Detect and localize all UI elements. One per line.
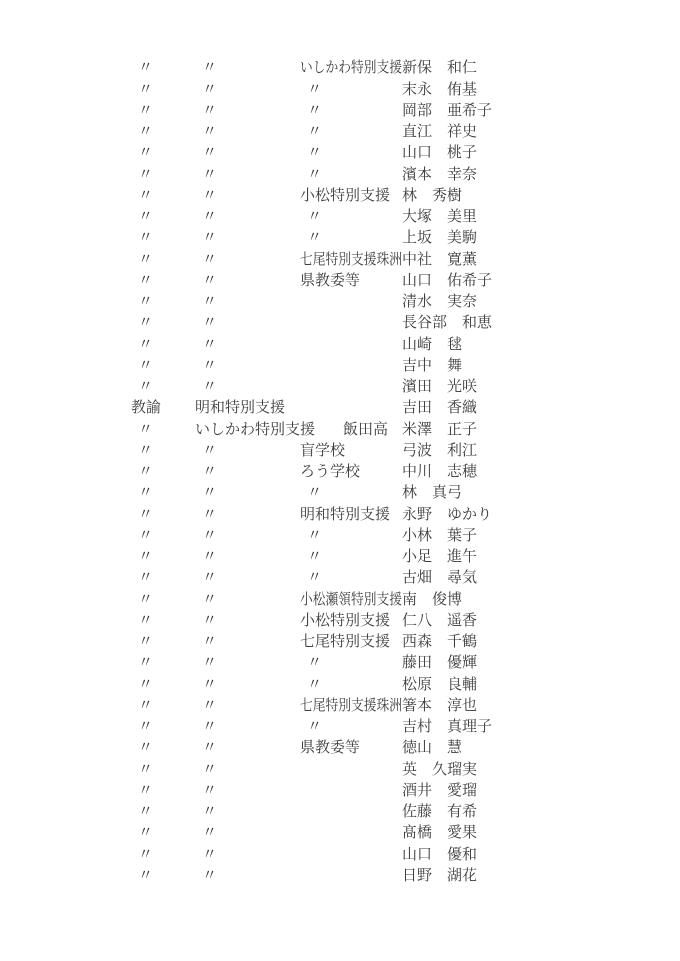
job-title-cell: 〃	[131, 461, 153, 482]
name-cell: 山崎 毬	[402, 334, 462, 355]
affiliation-cell: 〃	[195, 674, 217, 695]
affiliation-cell: 〃	[195, 121, 217, 142]
affiliation-cell: 〃	[195, 716, 217, 737]
job-title-cell: 〃	[131, 865, 153, 886]
name-cell: 松原 良輔	[402, 674, 477, 695]
table-row: 〃〃〃濱本 幸奈	[0, 164, 680, 186]
table-row: 〃〃〃末永 侑基	[0, 79, 680, 101]
school-cell: 七尾特別支援	[300, 631, 390, 652]
table-row: 〃〃いしかわ特別支援新保 和仁	[0, 57, 680, 79]
table-row: 〃〃県教委等山口 佑希子	[0, 270, 680, 292]
job-title-cell: 〃	[131, 57, 153, 78]
affiliation-cell: 〃	[195, 291, 217, 312]
table-row: 〃〃〃松原 良輔	[0, 674, 680, 696]
job-title-cell: 〃	[131, 206, 153, 227]
name-cell: 中社 寛薫	[402, 249, 477, 270]
school-cell: 〃	[300, 652, 322, 673]
name-cell: 新保 和仁	[402, 57, 477, 78]
school-cell: ろう学校	[300, 461, 360, 482]
table-row: 〃〃濱田 光咲	[0, 376, 680, 398]
school-cell: 飯田高	[343, 419, 388, 440]
table-row: 〃〃山崎 毬	[0, 334, 680, 356]
job-title-cell: 〃	[131, 440, 153, 461]
table-row: 〃〃〃直江 祥史	[0, 121, 680, 143]
job-title-cell: 〃	[131, 482, 153, 503]
name-cell: 永野 ゆかり	[402, 504, 492, 525]
name-cell: 上坂 美駒	[402, 227, 477, 248]
affiliation-cell: 〃	[195, 737, 217, 758]
affiliation-cell: 〃	[195, 759, 217, 780]
affiliation-cell: 〃	[195, 546, 217, 567]
name-cell: 大塚 美里	[402, 206, 477, 227]
school-cell: 七尾特別支援珠洲	[300, 695, 402, 716]
affiliation-cell: 〃	[195, 652, 217, 673]
table-row: 〃〃〃古畑 尋気	[0, 567, 680, 589]
name-cell: 直江 祥史	[402, 121, 477, 142]
table-row: 〃〃七尾特別支援珠洲中社 寛薫	[0, 249, 680, 271]
job-title-cell: 〃	[131, 504, 153, 525]
job-title-cell: 〃	[131, 249, 153, 270]
table-row: 〃〃日野 湖花	[0, 865, 680, 887]
job-title-cell: 〃	[131, 376, 153, 397]
job-title-cell: 〃	[131, 567, 153, 588]
affiliation-cell: 〃	[195, 589, 217, 610]
affiliation-cell: 〃	[195, 525, 217, 546]
job-title-cell: 〃	[131, 355, 153, 376]
table-row: 〃〃〃山口 桃子	[0, 142, 680, 164]
name-cell: 吉村 真理子	[402, 716, 492, 737]
table-row: 〃〃盲学校弓波 利江	[0, 440, 680, 462]
school-cell: 明和特別支援	[300, 504, 390, 525]
table-row: 〃〃佐藤 有希	[0, 801, 680, 823]
job-title-cell: 〃	[131, 610, 153, 631]
affiliation-cell: 〃	[195, 334, 217, 355]
table-row: 〃〃〃小足 進午	[0, 546, 680, 568]
name-cell: 弓波 利江	[402, 440, 477, 461]
table-row: 〃いしかわ特別支援飯田高米澤 正子	[0, 419, 680, 441]
school-cell: 〃	[300, 100, 322, 121]
school-cell: 〃	[300, 567, 322, 588]
name-cell: 南 俊博	[402, 589, 462, 610]
job-title-cell: 〃	[131, 652, 153, 673]
name-cell: 吉田 香織	[402, 397, 477, 418]
name-cell: 岡部 亜希子	[402, 100, 492, 121]
school-cell: 盲学校	[300, 440, 345, 461]
table-row: 〃〃吉中 舞	[0, 355, 680, 377]
table-row: 〃〃七尾特別支援珠洲箸本 淳也	[0, 695, 680, 717]
school-cell: 〃	[300, 525, 322, 546]
job-title-cell: 〃	[131, 589, 153, 610]
job-title-cell: 〃	[131, 185, 153, 206]
affiliation-cell: 〃	[195, 801, 217, 822]
table-row: 〃〃〃大塚 美里	[0, 206, 680, 228]
table-row: 〃〃県教委等徳山 慧	[0, 737, 680, 759]
name-cell: 中川 志穂	[402, 461, 477, 482]
school-cell: 県教委等	[300, 270, 360, 291]
name-cell: 仁八 遥香	[402, 610, 477, 631]
name-cell: 山口 桃子	[402, 142, 477, 163]
name-cell: 佐藤 有希	[402, 801, 477, 822]
affiliation-cell: いしかわ特別支援	[195, 419, 315, 440]
job-title-cell: 〃	[131, 79, 153, 100]
table-row: 〃〃髙橋 愛果	[0, 822, 680, 844]
affiliation-cell: 〃	[195, 312, 217, 333]
job-title-cell: 〃	[131, 759, 153, 780]
affiliation-cell: 〃	[195, 822, 217, 843]
job-title-cell: 〃	[131, 844, 153, 865]
name-cell: 長谷部 和恵	[402, 312, 492, 333]
affiliation-cell: 〃	[195, 270, 217, 291]
job-title-cell: 〃	[131, 312, 153, 333]
table-row: 〃〃酒井 愛瑠	[0, 780, 680, 802]
school-cell: 〃	[300, 142, 322, 163]
job-title-cell: 〃	[131, 674, 153, 695]
name-cell: 清水 実奈	[402, 291, 477, 312]
job-title-cell: 〃	[131, 546, 153, 567]
name-cell: 日野 湖花	[402, 865, 477, 886]
affiliation-cell: 〃	[195, 567, 217, 588]
table-row: 〃〃ろう学校中川 志穂	[0, 461, 680, 483]
job-title-cell: 〃	[131, 525, 153, 546]
job-title-cell: 〃	[131, 822, 153, 843]
school-cell: 〃	[300, 674, 322, 695]
name-cell: 林 真弓	[402, 482, 462, 503]
table-row: 〃〃〃上坂 美駒	[0, 227, 680, 249]
affiliation-cell: 〃	[195, 57, 217, 78]
school-cell: 〃	[300, 227, 322, 248]
job-title-cell: 〃	[131, 780, 153, 801]
school-cell: 県教委等	[300, 737, 360, 758]
name-cell: 英 久瑠実	[402, 759, 477, 780]
job-title-cell: 〃	[131, 737, 153, 758]
affiliation-cell: 〃	[195, 164, 217, 185]
name-cell: 米澤 正子	[402, 419, 477, 440]
job-title-cell: 〃	[131, 121, 153, 142]
job-title-cell: 〃	[131, 631, 153, 652]
affiliation-cell: 〃	[195, 79, 217, 100]
job-title-cell: 〃	[131, 695, 153, 716]
affiliation-cell: 〃	[195, 185, 217, 206]
name-cell: 山口 佑希子	[402, 270, 492, 291]
name-cell: 末永 侑基	[402, 79, 477, 100]
affiliation-cell: 〃	[195, 631, 217, 652]
affiliation-cell: 〃	[195, 610, 217, 631]
job-title-cell: 〃	[131, 334, 153, 355]
table-row: 〃〃小松特別支援仁八 遥香	[0, 610, 680, 632]
job-title-cell: 〃	[131, 142, 153, 163]
name-cell: 濱田 光咲	[402, 376, 477, 397]
table-row: 教諭明和特別支援吉田 香織	[0, 397, 680, 419]
table-row: 〃〃〃林 真弓	[0, 482, 680, 504]
table-row: 〃〃七尾特別支援西森 千鶴	[0, 631, 680, 653]
affiliation-cell: 〃	[195, 461, 217, 482]
school-cell: 小松特別支援	[300, 610, 390, 631]
table-row: 〃〃清水 実奈	[0, 291, 680, 313]
name-cell: 徳山 慧	[402, 737, 462, 758]
affiliation-cell: 〃	[195, 206, 217, 227]
school-cell: 小松特別支援	[300, 185, 390, 206]
table-row: 〃〃〃藤田 優輝	[0, 652, 680, 674]
affiliation-cell: 〃	[195, 249, 217, 270]
name-cell: 吉中 舞	[402, 355, 462, 376]
name-cell: 山口 優和	[402, 844, 477, 865]
table-row: 〃〃明和特別支援永野 ゆかり	[0, 504, 680, 526]
job-title-cell: 〃	[131, 270, 153, 291]
school-cell: 七尾特別支援珠洲	[300, 249, 402, 270]
school-cell: 〃	[300, 546, 322, 567]
name-cell: 林 秀樹	[402, 185, 462, 206]
table-row: 〃〃〃吉村 真理子	[0, 716, 680, 738]
name-cell: 箸本 淳也	[402, 695, 477, 716]
table-row: 〃〃小松特別支援林 秀樹	[0, 185, 680, 207]
affiliation-cell: 〃	[195, 844, 217, 865]
school-cell: 〃	[300, 79, 322, 100]
job-title-cell: 教諭	[131, 397, 161, 418]
table-row: 〃〃小松瀬領特別支援南 俊博	[0, 589, 680, 611]
affiliation-cell: 明和特別支援	[195, 397, 285, 418]
table-row: 〃〃山口 優和	[0, 844, 680, 866]
table-row: 〃〃〃小林 葉子	[0, 525, 680, 547]
school-cell: 小松瀬領特別支援	[300, 589, 402, 610]
affiliation-cell: 〃	[195, 376, 217, 397]
table-row: 〃〃英 久瑠実	[0, 759, 680, 781]
job-title-cell: 〃	[131, 100, 153, 121]
table-row: 〃〃長谷部 和恵	[0, 312, 680, 334]
job-title-cell: 〃	[131, 716, 153, 737]
school-cell: 〃	[300, 482, 322, 503]
affiliation-cell: 〃	[195, 865, 217, 886]
affiliation-cell: 〃	[195, 780, 217, 801]
name-cell: 古畑 尋気	[402, 567, 477, 588]
affiliation-cell: 〃	[195, 227, 217, 248]
name-cell: 藤田 優輝	[402, 652, 477, 673]
personnel-table: 〃〃いしかわ特別支援新保 和仁〃〃〃末永 侑基〃〃〃岡部 亜希子〃〃〃直江 祥史…	[0, 0, 680, 961]
name-cell: 小林 葉子	[402, 525, 477, 546]
affiliation-cell: 〃	[195, 440, 217, 461]
job-title-cell: 〃	[131, 291, 153, 312]
affiliation-cell: 〃	[195, 142, 217, 163]
affiliation-cell: 〃	[195, 355, 217, 376]
school-cell: 〃	[300, 164, 322, 185]
name-cell: 西森 千鶴	[402, 631, 477, 652]
school-cell: いしかわ特別支援	[300, 57, 402, 78]
affiliation-cell: 〃	[195, 100, 217, 121]
school-cell: 〃	[300, 121, 322, 142]
job-title-cell: 〃	[131, 419, 153, 440]
job-title-cell: 〃	[131, 801, 153, 822]
table-row: 〃〃〃岡部 亜希子	[0, 100, 680, 122]
job-title-cell: 〃	[131, 164, 153, 185]
name-cell: 髙橋 愛果	[402, 822, 477, 843]
affiliation-cell: 〃	[195, 482, 217, 503]
affiliation-cell: 〃	[195, 695, 217, 716]
document-page: 〃〃いしかわ特別支援新保 和仁〃〃〃末永 侑基〃〃〃岡部 亜希子〃〃〃直江 祥史…	[0, 0, 680, 961]
school-cell: 〃	[300, 716, 322, 737]
affiliation-cell: 〃	[195, 504, 217, 525]
job-title-cell: 〃	[131, 227, 153, 248]
school-cell: 〃	[300, 206, 322, 227]
name-cell: 濱本 幸奈	[402, 164, 477, 185]
name-cell: 小足 進午	[402, 546, 477, 567]
name-cell: 酒井 愛瑠	[402, 780, 477, 801]
